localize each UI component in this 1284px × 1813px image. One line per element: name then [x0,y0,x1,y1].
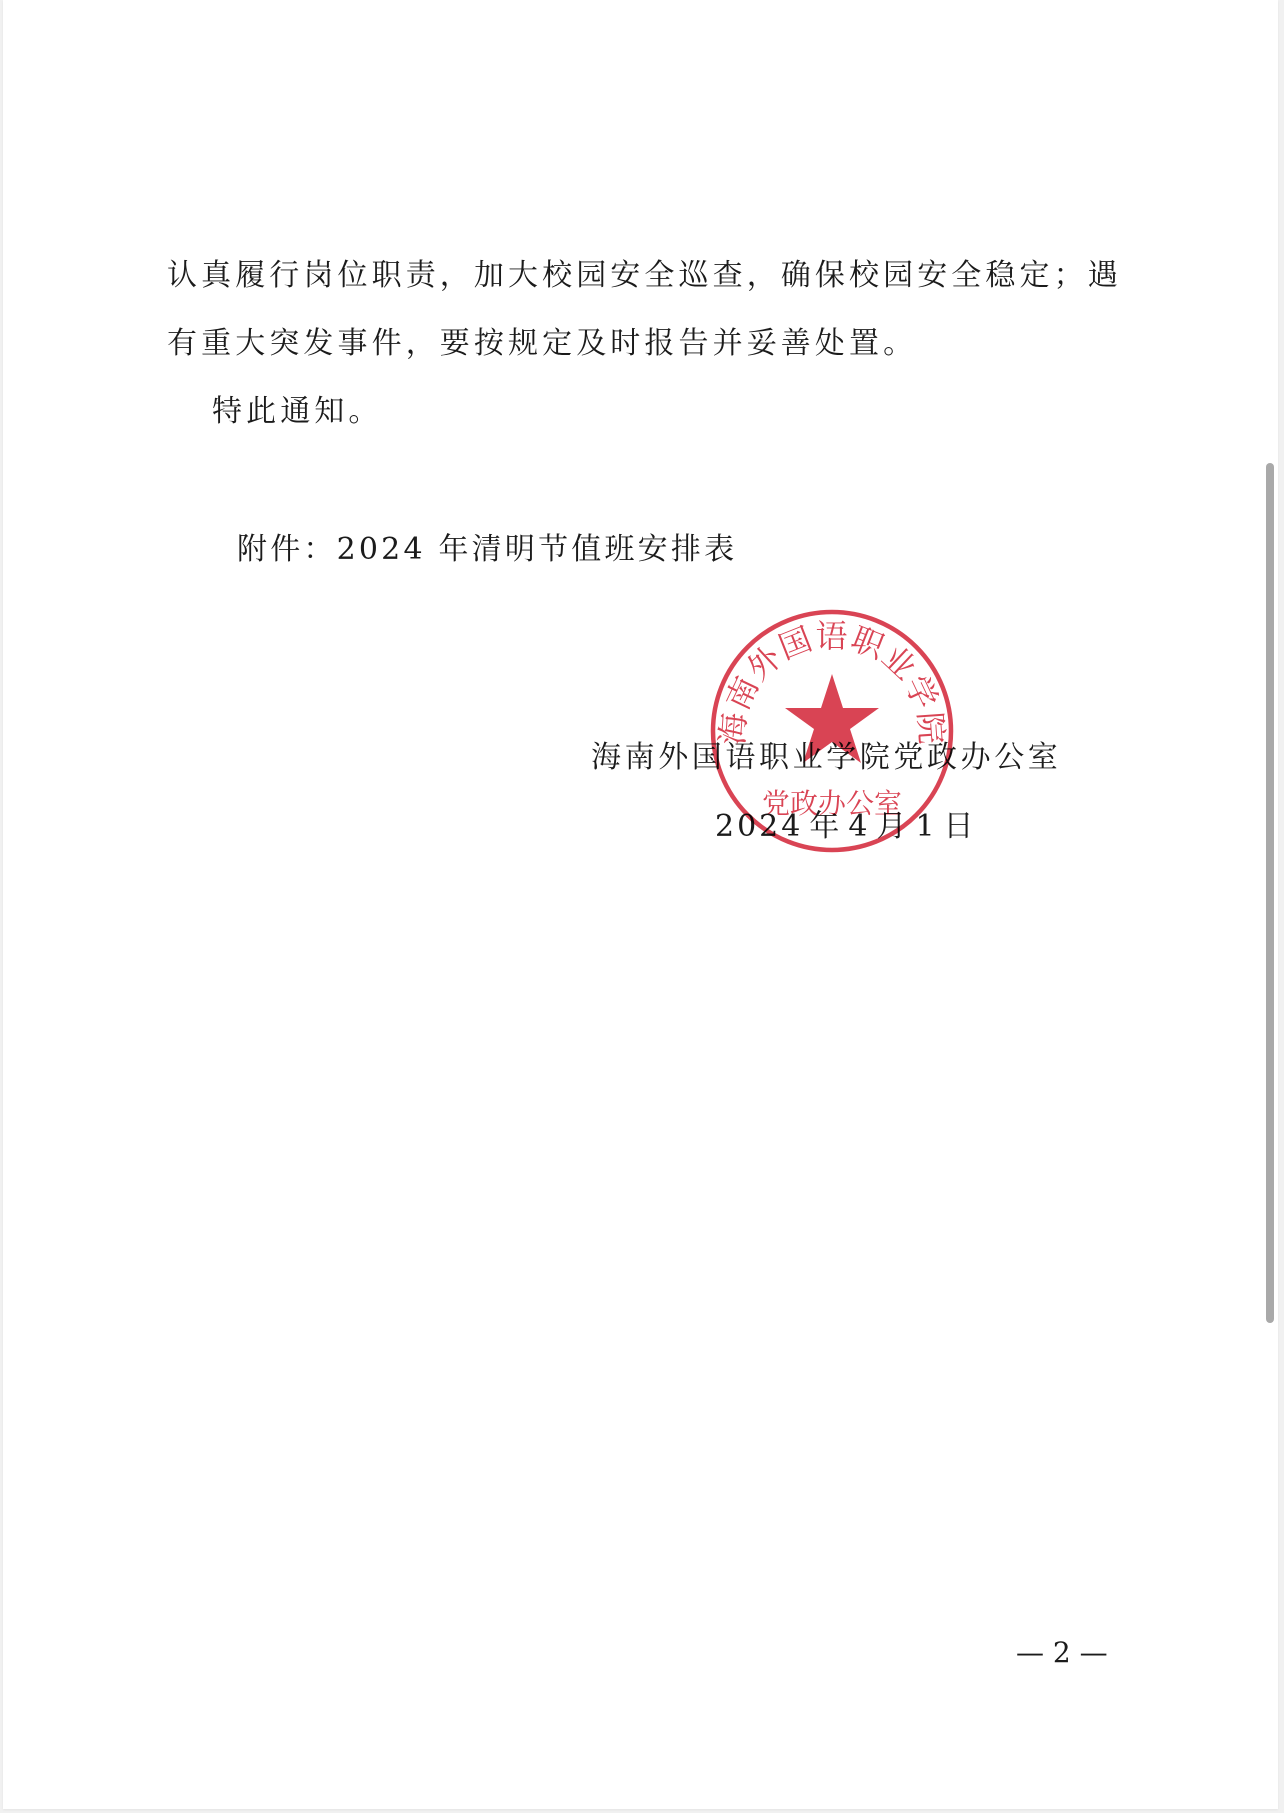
scrollbar-thumb[interactable] [1266,463,1274,1323]
date-year-unit: 年 [809,809,842,844]
issuer-signature: 海南外国语职业学院党政办公室 [591,741,1061,775]
closing-text: 特此通知。 [212,395,383,429]
date-month: 4 [848,809,870,844]
issue-date: 2024年4月1日 [715,810,977,844]
body-text-line: 有重大突发事件，要按规定及时报告并妥善处置。 [167,327,917,361]
attachment-note: 附件：2024 年清明节值班安排表 [237,533,737,567]
document-page: 认真履行岗位职责，加大校园安全巡查，确保校园安全稳定；遇 有重大突发事件，要按规… [3,0,1278,1809]
seal-arc-text: 海南外国语职业学院 [713,617,951,746]
date-day-unit: 日 [944,809,977,844]
date-year: 2024 [715,809,803,844]
page-number: — 2 — [1016,1636,1108,1670]
date-month-unit: 月 [876,809,909,844]
svg-text:海南外国语职业学院: 海南外国语职业学院 [713,617,951,746]
document-viewer: 认真履行岗位职责，加大校园安全巡查，确保校园安全稳定；遇 有重大突发事件，要按规… [0,0,1284,1813]
body-text-line: 认真履行岗位职责，加大校园安全巡查，确保校园安全稳定；遇 [167,259,1122,293]
date-day: 1 [915,809,937,844]
